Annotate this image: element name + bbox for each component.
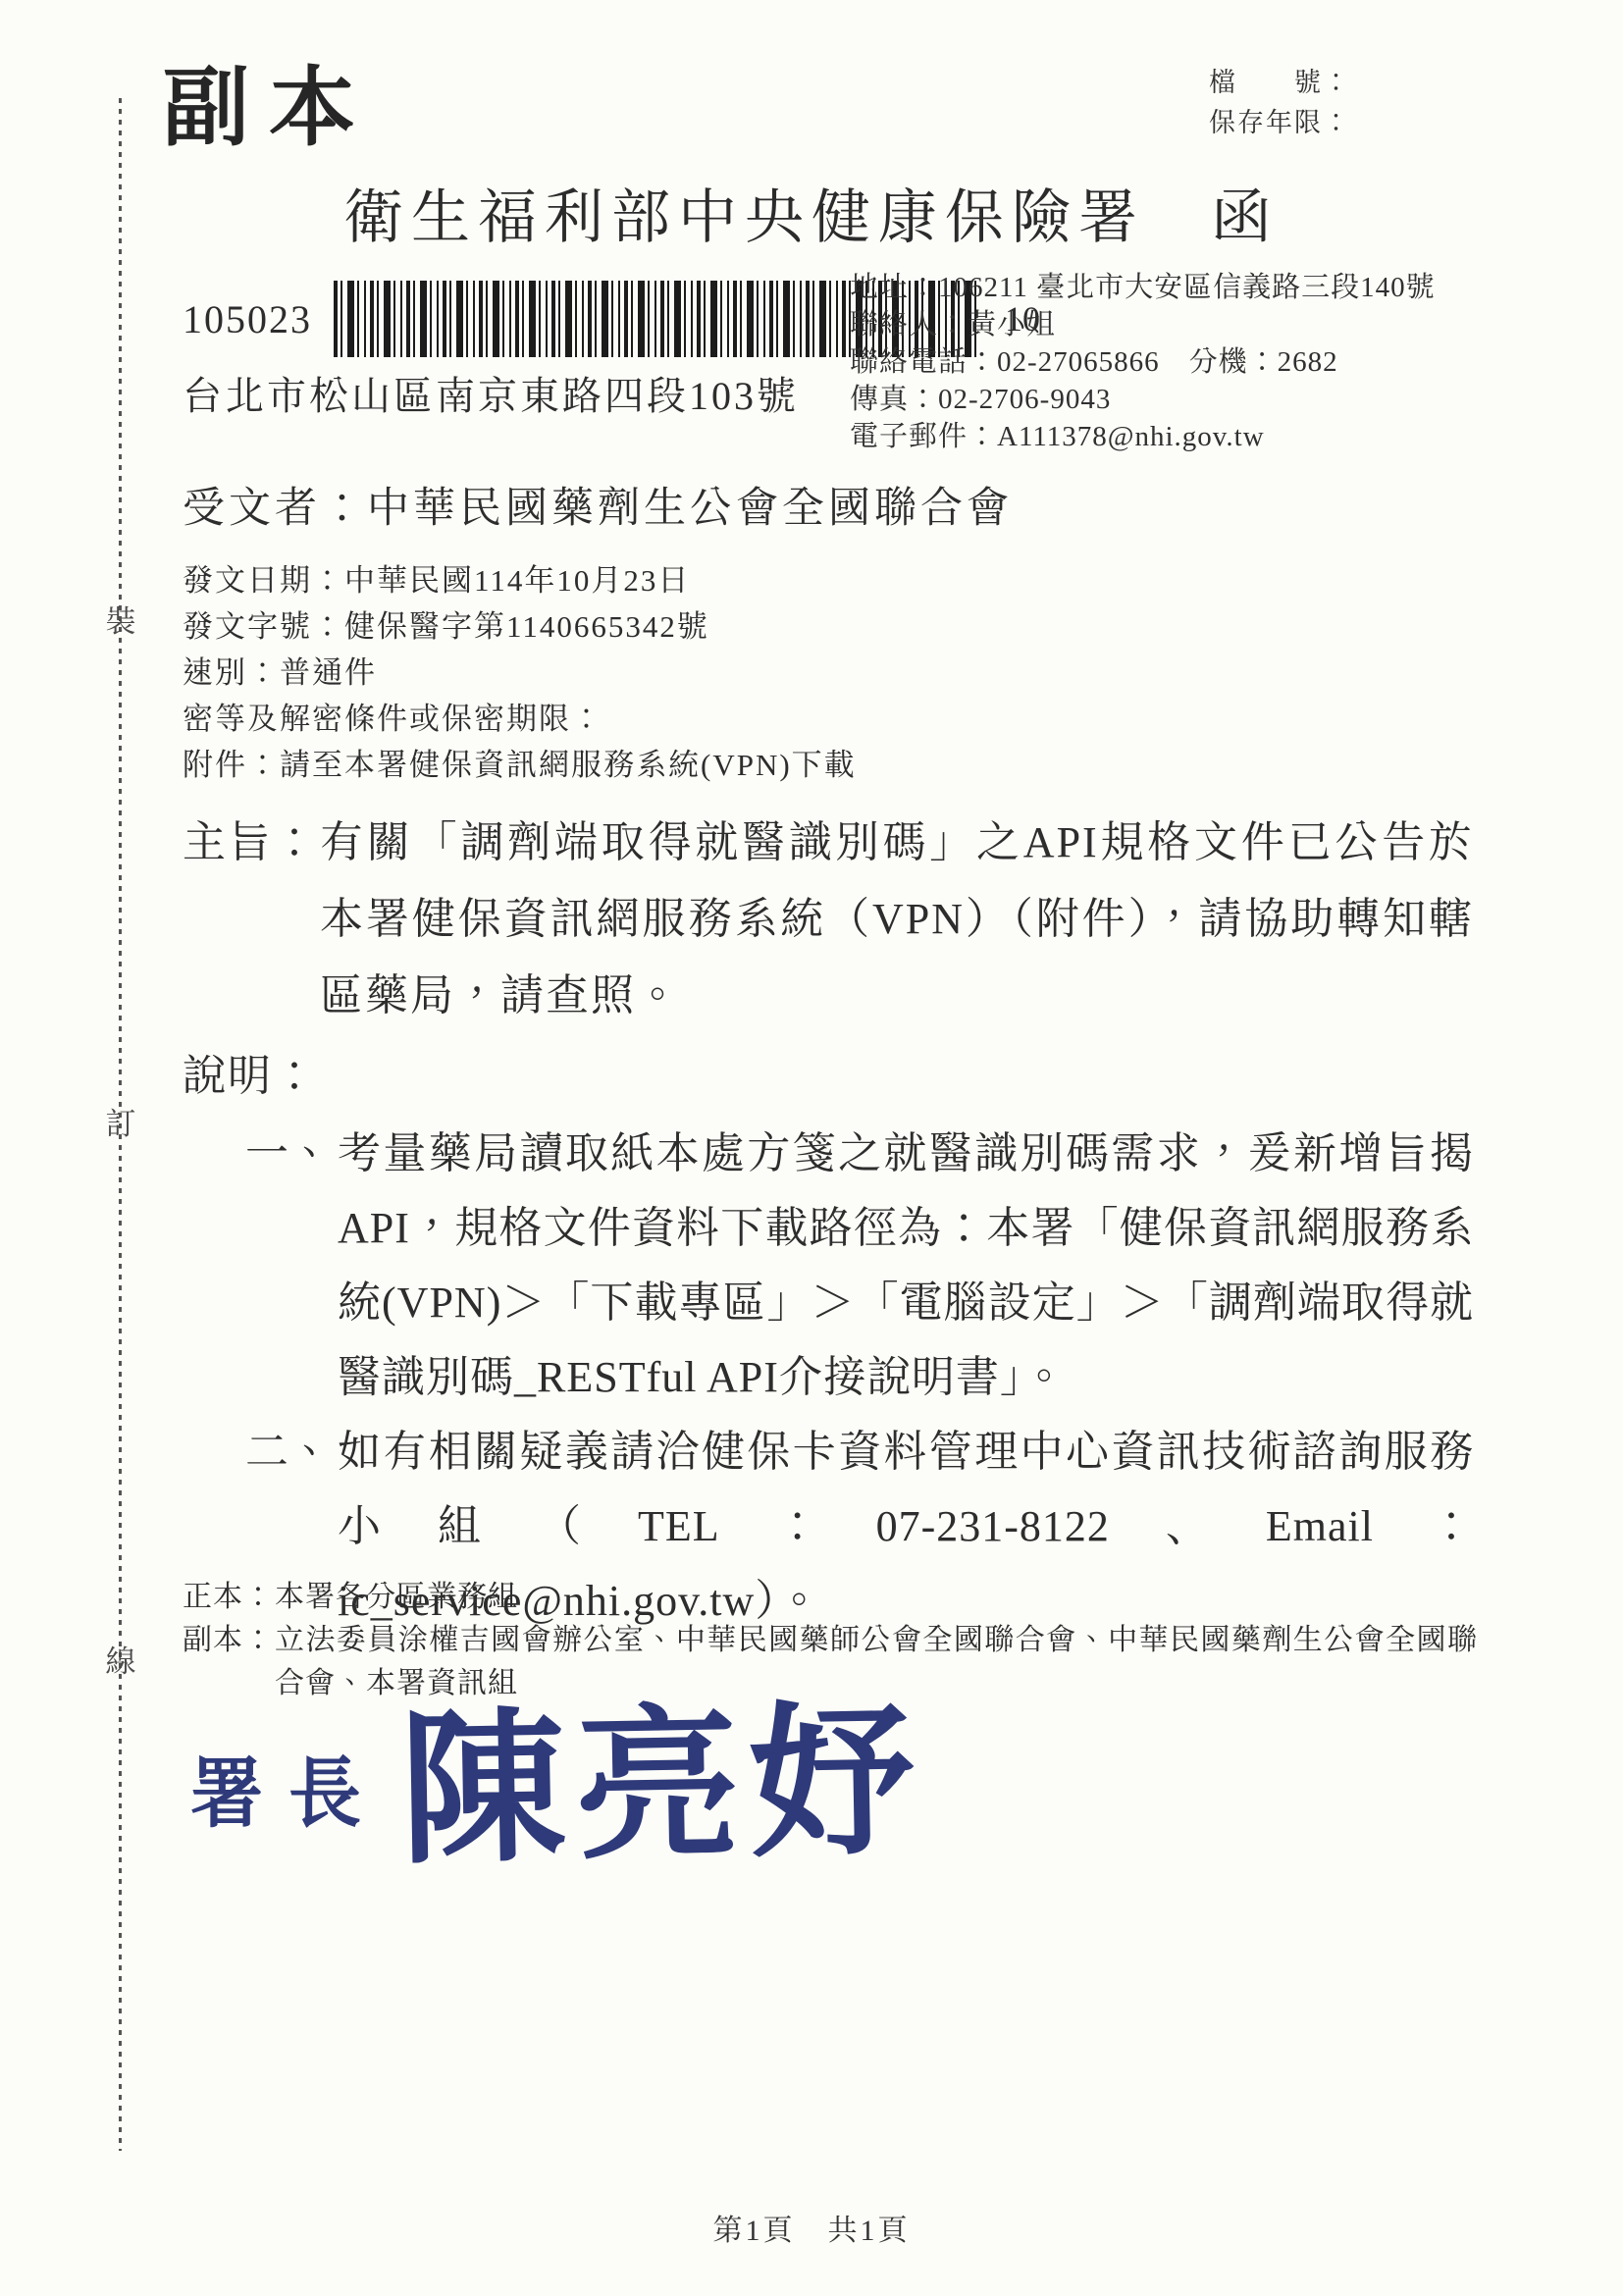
distribution-copy-row: 副本： 立法委員涂權吉國會辦公室、中華民國藥師公會全國聯合會、中華民國藥劑生公會… bbox=[183, 1619, 1478, 1705]
copy-stamp: 副本 bbox=[163, 39, 375, 163]
distribution-block: 正本： 本署各分區業務組 副本： 立法委員涂權吉國會辦公室、中華民國藥師公會全國… bbox=[183, 1576, 1478, 1705]
sender-email: 電子郵件：A111378@nhi.gov.tw bbox=[850, 418, 1436, 455]
binding-mark-zhuang: 裝 bbox=[97, 597, 144, 641]
signature-name: 陳亮妤 bbox=[399, 1700, 926, 1874]
mailing-zip-code: 105023 bbox=[183, 296, 312, 342]
sender-contact-person: 聯絡人：黃小姐 bbox=[850, 306, 1436, 343]
signature-block: 署長 陳亮妤 bbox=[190, 1705, 924, 1870]
subject-label: 主旨： bbox=[183, 805, 320, 881]
attachment-line: 附件：請至本署健保資訊網服務系統(VPN)下載 bbox=[183, 742, 857, 788]
distribution-original-value: 本署各分區業務組 bbox=[275, 1576, 1478, 1619]
sender-fax: 傳真：02-2706-9043 bbox=[850, 381, 1436, 418]
page-number-footer: 第1頁 共1頁 bbox=[0, 2206, 1623, 2249]
distribution-copy-label: 副本： bbox=[183, 1619, 275, 1662]
document-title: 衛生福利部中央健康保險署 函 bbox=[0, 171, 1623, 255]
issue-date-line: 發文日期：中華民國114年10月23日 bbox=[183, 557, 857, 603]
binding-mark-ding: 訂 bbox=[97, 1099, 144, 1143]
description-item-1: 一、 考量藥局讀取紙本處方箋之就醫識別碼需求，爰新增旨揭API，規格文件資料下載… bbox=[245, 1117, 1474, 1415]
description-item-2-number: 二、 bbox=[245, 1415, 338, 1489]
issue-number-line: 發文字號：健保醫字第1140665342號 bbox=[183, 603, 857, 650]
description-label: 說明： bbox=[183, 1040, 318, 1103]
sender-phone: 聯絡電話：02-27065866 分機：2682 bbox=[850, 343, 1436, 381]
binding-mark-xian: 線 bbox=[97, 1637, 144, 1681]
description-item-1-number: 一、 bbox=[245, 1117, 338, 1191]
description-items: 一、 考量藥局讀取紙本處方箋之就醫識別碼需求，爰新增旨揭API，規格文件資料下載… bbox=[245, 1117, 1474, 1639]
signature-title: 署長 bbox=[190, 1733, 387, 1842]
sender-contact-block: 地址：106211 臺北市大安區信義路三段140號 聯絡人：黃小姐 聯絡電話：0… bbox=[850, 269, 1436, 455]
recipient-line: 受文者：中華民國藥劑生公會全國聯合會 bbox=[183, 475, 1013, 535]
subject-text: 有關「調劑端取得就醫識別碼」之API規格文件已公告於本署健保資訊網服務系統（VP… bbox=[320, 805, 1474, 1034]
document-meta-block: 發文日期：中華民國114年10月23日 發文字號：健保醫字第1140665342… bbox=[183, 557, 857, 788]
retention-period-label: 保存年限： bbox=[1209, 103, 1351, 143]
distribution-original-row: 正本： 本署各分區業務組 bbox=[183, 1576, 1478, 1619]
speed-class-line: 速別：普通件 bbox=[183, 650, 857, 696]
document-page: 裝 訂 線 副本 檔 號： 保存年限： 衛生福利部中央健康保險署 函 10502… bbox=[0, 0, 1623, 2296]
description-item-1-text: 考量藥局讀取紙本處方箋之就醫識別碼需求，爰新增旨揭API，規格文件資料下載路徑為… bbox=[338, 1117, 1474, 1415]
distribution-original-label: 正本： bbox=[183, 1576, 275, 1619]
subject-block: 主旨： 有關「調劑端取得就醫識別碼」之API規格文件已公告於本署健保資訊網服務系… bbox=[183, 805, 1474, 1034]
file-number-block: 檔 號： 保存年限： bbox=[1209, 63, 1351, 143]
file-number-label: 檔 號： bbox=[1209, 63, 1351, 103]
confidentiality-line: 密等及解密條件或保密期限： bbox=[183, 696, 857, 742]
sender-address: 地址：106211 臺北市大安區信義路三段140號 bbox=[850, 269, 1436, 306]
